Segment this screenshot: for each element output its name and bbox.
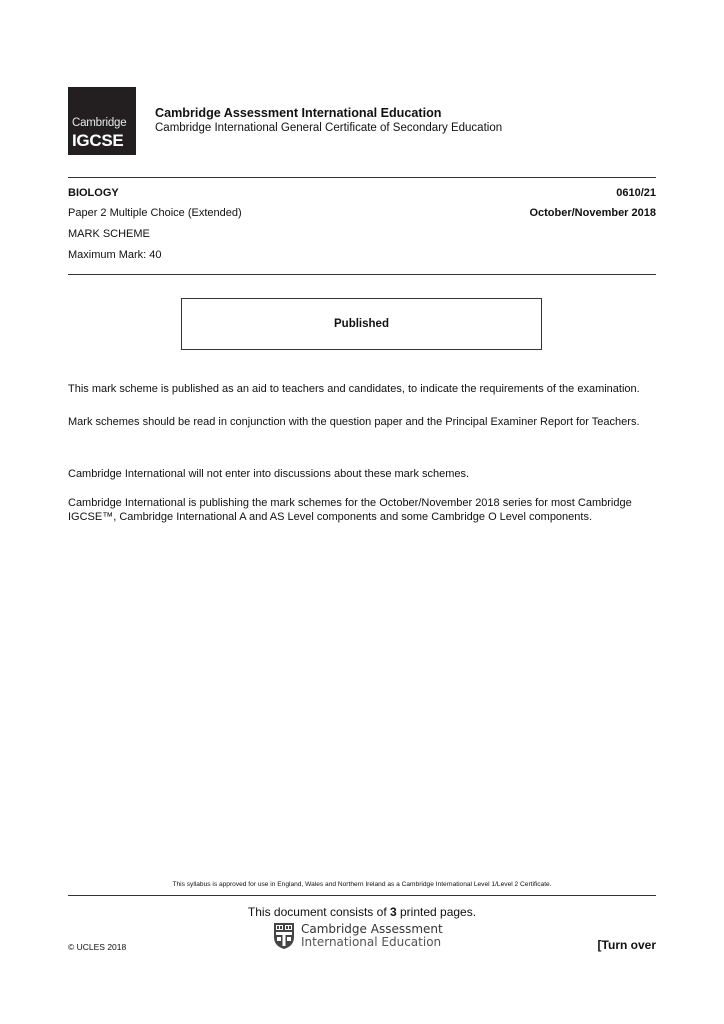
logo-line-igcse: IGCSE: [72, 131, 123, 151]
page-count-note: This document consists of 3 printed page…: [68, 905, 656, 919]
syllabus-approval-note: This syllabus is approved for use in Eng…: [68, 881, 656, 888]
header-bottom-rule: [68, 274, 656, 275]
logo-line-cambridge: Cambridge: [72, 117, 126, 129]
cambridge-igcse-logo: Cambridge IGCSE: [68, 87, 136, 155]
document-type: MARK SCHEME: [68, 228, 150, 240]
turn-over-note: [Turn over: [598, 938, 656, 952]
maximum-mark: Maximum Mark: 40: [68, 249, 162, 261]
page-count-number: 3: [390, 905, 397, 919]
page-count-suffix: printed pages.: [397, 905, 476, 919]
cambridge-crest-icon: [273, 922, 295, 950]
published-status-box: Published: [181, 298, 542, 350]
cambridge-assessment-footer-logo: Cambridge Assessment International Educa…: [273, 922, 443, 950]
published-label: Published: [334, 318, 389, 330]
copyright: © UCLES 2018: [68, 942, 126, 952]
page-count-prefix: This document consists of: [248, 905, 390, 919]
header-top-rule: [68, 177, 656, 178]
footer-logo-line2: International Education: [301, 936, 443, 949]
paragraph-discussion: Cambridge International will not enter i…: [68, 468, 653, 482]
paragraph-purpose: This mark scheme is published as an aid …: [68, 383, 653, 397]
organization-name: Cambridge Assessment International Educa…: [155, 106, 441, 120]
paragraph-publishing: Cambridge International is publishing th…: [68, 497, 653, 524]
subject-title: BIOLOGY: [68, 187, 119, 199]
organization-subtitle: Cambridge International General Certific…: [155, 122, 502, 134]
footer-rule: [68, 895, 656, 896]
paper-title: Paper 2 Multiple Choice (Extended): [68, 207, 242, 219]
paragraph-conjunction: Mark schemes should be read in conjuncti…: [68, 416, 653, 430]
exam-series: October/November 2018: [529, 207, 656, 219]
syllabus-code: 0610/21: [616, 187, 656, 199]
